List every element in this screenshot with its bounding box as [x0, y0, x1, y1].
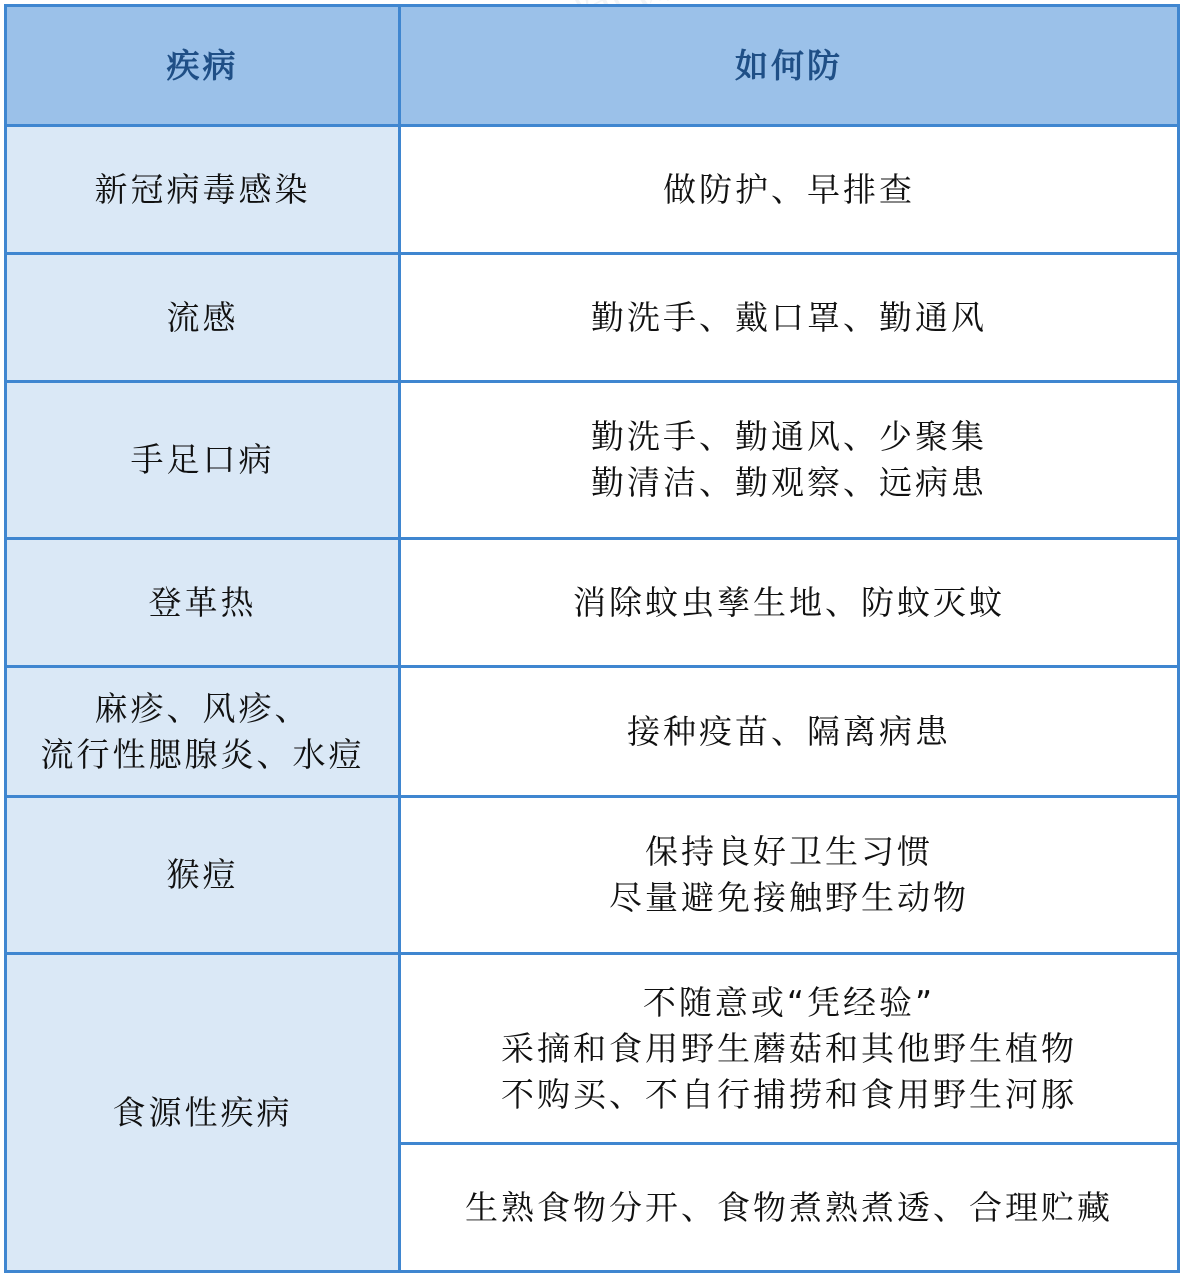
disease-name: 手足口病 [13, 437, 392, 483]
prevention-cell: 勤洗手、戴口罩、勤通风 [400, 254, 1179, 382]
disease-cell: 食源性疾病 [6, 954, 400, 1272]
prevention-text: 消除蚊虫孳生地、防蚊灭蚊 [407, 580, 1171, 626]
prevention-text: 接种疫苗、隔离病患 [407, 709, 1171, 755]
prevention-cell: 不随意或“凭经验” 采摘和食用野生蘑菇和其他野生植物 不购买、不自行捕捞和食用野… [400, 954, 1179, 1144]
disease-cell: 新冠病毒感染 [6, 126, 400, 254]
table-row: 麻疹、风疹、 流行性腮腺炎、水痘 接种疫苗、隔离病患 [6, 667, 1179, 797]
table-row: 新冠病毒感染 做防护、早排查 [6, 126, 1179, 254]
table-row: 流感 勤洗手、戴口罩、勤通风 [6, 254, 1179, 382]
disease-cell: 手足口病 [6, 382, 400, 539]
prevention-text: 不随意或“凭经验” [407, 980, 1171, 1026]
table-row: 登革热 消除蚊虫孳生地、防蚊灭蚊 [6, 539, 1179, 667]
prevention-text: 不购买、不自行捕捞和食用野生河豚 [407, 1072, 1171, 1118]
disease-name: 猴痘 [13, 852, 392, 898]
prevention-text: 生熟食物分开、食物煮熟煮透、合理贮藏 [407, 1185, 1171, 1231]
disease-name: 食源性疾病 [13, 1090, 392, 1136]
prevention-cell: 生熟食物分开、食物煮熟煮透、合理贮藏 [400, 1144, 1179, 1272]
header-prevention: 如何防 [400, 6, 1179, 126]
prevention-text: 做防护、早排查 [407, 167, 1171, 213]
prevention-text: 保持良好卫生习惯 [407, 829, 1171, 875]
table-row: 食源性疾病 不随意或“凭经验” 采摘和食用野生蘑菇和其他野生植物 不购买、不自行… [6, 954, 1179, 1144]
prevention-cell: 保持良好卫生习惯 尽量避免接触野生动物 [400, 797, 1179, 954]
disease-cell: 流感 [6, 254, 400, 382]
prevention-cell: 做防护、早排查 [400, 126, 1179, 254]
disease-name: 麻疹、风疹、 [13, 686, 392, 732]
prevention-cell: 接种疫苗、隔离病患 [400, 667, 1179, 797]
prevention-text: 勤洗手、戴口罩、勤通风 [407, 295, 1171, 341]
disease-name: 流感 [13, 295, 392, 341]
table-header-row: 疾病 如何防 [6, 6, 1179, 126]
prevention-text: 尽量避免接触野生动物 [407, 875, 1171, 921]
prevention-cell: 勤洗手、勤通风、少聚集 勤清洁、勤观察、远病患 [400, 382, 1179, 539]
disease-cell: 猴痘 [6, 797, 400, 954]
disease-name: 新冠病毒感染 [13, 167, 392, 213]
table-row: 手足口病 勤洗手、勤通风、少聚集 勤清洁、勤观察、远病患 [6, 382, 1179, 539]
disease-name: 流行性腮腺炎、水痘 [13, 732, 392, 778]
prevention-text: 勤洗手、勤通风、少聚集 [407, 414, 1171, 460]
header-disease: 疾病 [6, 6, 400, 126]
disease-cell: 麻疹、风疹、 流行性腮腺炎、水痘 [6, 667, 400, 797]
table-row: 猴痘 保持良好卫生习惯 尽量避免接触野生动物 [6, 797, 1179, 954]
prevention-cell: 消除蚊虫孳生地、防蚊灭蚊 [400, 539, 1179, 667]
disease-name: 登革热 [13, 580, 392, 626]
prevention-text: 勤清洁、勤观察、远病患 [407, 460, 1171, 506]
prevention-text: 采摘和食用野生蘑菇和其他野生植物 [407, 1026, 1171, 1072]
disease-prevention-table: 疾病 如何防 新冠病毒感染 做防护、早排查 流感 勤洗手、戴口罩、勤通风 手足口… [4, 4, 1180, 1273]
disease-cell: 登革热 [6, 539, 400, 667]
